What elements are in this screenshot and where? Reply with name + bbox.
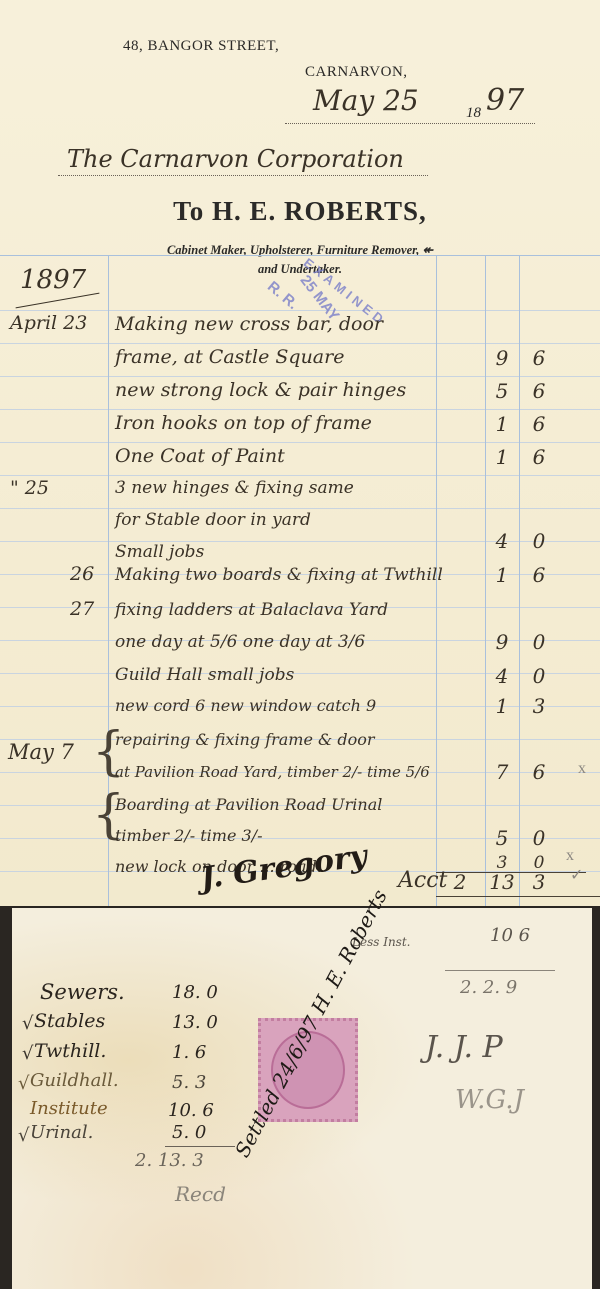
total-label: Acct bbox=[398, 868, 447, 893]
town: CARNARVON, bbox=[305, 64, 408, 81]
breakdown-label: Stables bbox=[34, 1010, 105, 1032]
check-mark: ✓ bbox=[570, 865, 583, 885]
shillings: 9 bbox=[488, 346, 516, 370]
breakdown-label: Urinal. bbox=[30, 1122, 93, 1143]
breakdown-amount: 1. 6 bbox=[172, 1042, 206, 1063]
entry-line: frame, at Castle Square bbox=[115, 346, 344, 368]
breakdown-amount: 5. 3 bbox=[172, 1072, 206, 1093]
pence-column-rule bbox=[519, 255, 520, 906]
entry-date: " 25 bbox=[10, 477, 49, 499]
ledger-year: 1897 bbox=[20, 265, 86, 295]
entry-line: Small jobs bbox=[115, 542, 204, 562]
shillings: 5 bbox=[488, 379, 516, 403]
pence: 6 bbox=[525, 346, 553, 370]
shillings: 5 bbox=[488, 826, 516, 850]
shillings-column-rule bbox=[485, 255, 486, 906]
ruling bbox=[0, 409, 600, 410]
breakdown-amount: 10. 6 bbox=[168, 1100, 214, 1121]
shillings: 1 bbox=[488, 412, 516, 436]
entry-line: for Stable door in yard bbox=[115, 510, 311, 530]
shillings: 4 bbox=[488, 664, 516, 688]
total-pounds: 2 bbox=[446, 870, 474, 894]
entry-line: Making two boards & fixing at Twthill bbox=[115, 565, 443, 585]
shillings: 1 bbox=[488, 563, 516, 587]
top-rule bbox=[0, 255, 600, 256]
less-rule bbox=[445, 970, 555, 971]
handwritten-year: 97 bbox=[486, 83, 524, 118]
breakdown-tick: √ bbox=[22, 1013, 33, 1034]
street-address: 48, BANGOR STREET, bbox=[123, 38, 279, 55]
entry-line: One Coat of Paint bbox=[115, 445, 285, 467]
entry-line: new strong lock & pair hinges bbox=[115, 379, 406, 401]
pence: 6 bbox=[525, 563, 553, 587]
entry-line: Boarding at Pavilion Road Urinal bbox=[115, 795, 382, 814]
breakdown-label: Twthill. bbox=[34, 1040, 106, 1062]
ruling bbox=[0, 310, 600, 311]
breakdown-total: 2. 13. 3 bbox=[135, 1150, 204, 1171]
breakdown-rule bbox=[165, 1146, 235, 1147]
date-line bbox=[285, 123, 535, 124]
ruling bbox=[0, 343, 600, 344]
ruling bbox=[0, 442, 600, 443]
shillings: 7 bbox=[488, 760, 516, 784]
entry-date: May 7 bbox=[8, 740, 74, 764]
entry-line: timber 2/- time 3/- bbox=[115, 826, 262, 845]
entry-line: repairing & fixing frame & door bbox=[115, 730, 375, 749]
entry-line: at Pavilion Road Yard, timber 2/- time 5… bbox=[115, 763, 430, 781]
addressee-line bbox=[58, 175, 428, 176]
entry-date: 27 bbox=[70, 598, 94, 620]
pence: 0 bbox=[525, 630, 553, 654]
pence: 3 bbox=[525, 694, 553, 718]
entry-line: new cord 6 new window catch 9 bbox=[115, 696, 376, 715]
shillings: 4 bbox=[488, 529, 516, 553]
ruling bbox=[0, 376, 600, 377]
pence: 0 bbox=[525, 529, 553, 553]
year-prefix: 18 bbox=[466, 105, 481, 122]
addressee: The Carnarvon Corporation bbox=[67, 145, 404, 173]
breakdown-amount: 13. 0 bbox=[172, 1012, 218, 1033]
total-rule-bottom bbox=[436, 896, 600, 897]
breakdown-tick: √ bbox=[18, 1125, 29, 1146]
trades-line-2: and Undertaker. bbox=[0, 262, 600, 277]
merchant-title: To H. E. ROBERTS, bbox=[0, 196, 600, 227]
breakdown-label: Guildhall. bbox=[30, 1070, 119, 1091]
margin-mark: x bbox=[578, 760, 586, 778]
pence: 6 bbox=[525, 412, 553, 436]
breakdown-tick: √ bbox=[22, 1043, 33, 1064]
entry-line: 3 new hinges & fixing same bbox=[115, 478, 354, 498]
breakdown-label: Institute bbox=[30, 1098, 108, 1119]
breakdown-amount: 5. 0 bbox=[172, 1122, 206, 1143]
ruling bbox=[0, 475, 600, 476]
pence: 6 bbox=[525, 760, 553, 784]
pence: 0 bbox=[525, 826, 553, 850]
net-amount: 2. 2. 9 bbox=[460, 977, 517, 998]
breakdown-tick: √ bbox=[18, 1073, 29, 1094]
ruling bbox=[0, 508, 600, 509]
less-amount: 10 6 bbox=[490, 925, 530, 946]
pence: 6 bbox=[525, 445, 553, 469]
entry-line: Making new cross bar, door bbox=[115, 313, 383, 335]
handwritten-date: May 25 bbox=[313, 84, 419, 117]
invoice-sheet: 48, BANGOR STREET, CARNARVON, May 25 18 … bbox=[0, 0, 600, 906]
shillings: 1 bbox=[488, 694, 516, 718]
received-note: Recd bbox=[175, 1182, 226, 1206]
shillings: 1 bbox=[488, 445, 516, 469]
breakdown-amount: 18. 0 bbox=[172, 982, 218, 1003]
total-shillings: 13 bbox=[488, 870, 516, 894]
signature: J. Gregory bbox=[198, 839, 369, 897]
entry-line: Guild Hall small jobs bbox=[115, 665, 294, 685]
entry-line: fixing ladders at Balaclava Yard bbox=[115, 600, 388, 620]
shillings: 9 bbox=[488, 630, 516, 654]
pence: 0 bbox=[525, 664, 553, 688]
entry-line: Iron hooks on top of frame bbox=[115, 412, 372, 434]
margin-mark: x bbox=[566, 847, 574, 865]
total-pence: 3 bbox=[525, 870, 553, 894]
examined-stamp-initials: R. R. bbox=[264, 278, 301, 313]
entry-line: one day at 5/6 one day at 3/6 bbox=[115, 632, 365, 652]
breakdown-label: Sewers. bbox=[40, 980, 125, 1004]
initials-1: J. J. P bbox=[425, 1030, 503, 1065]
entry-date: 26 bbox=[70, 563, 94, 585]
entry-date: April 23 bbox=[10, 312, 87, 334]
initials-2: W.G.J bbox=[455, 1085, 524, 1115]
pence: 6 bbox=[525, 379, 553, 403]
